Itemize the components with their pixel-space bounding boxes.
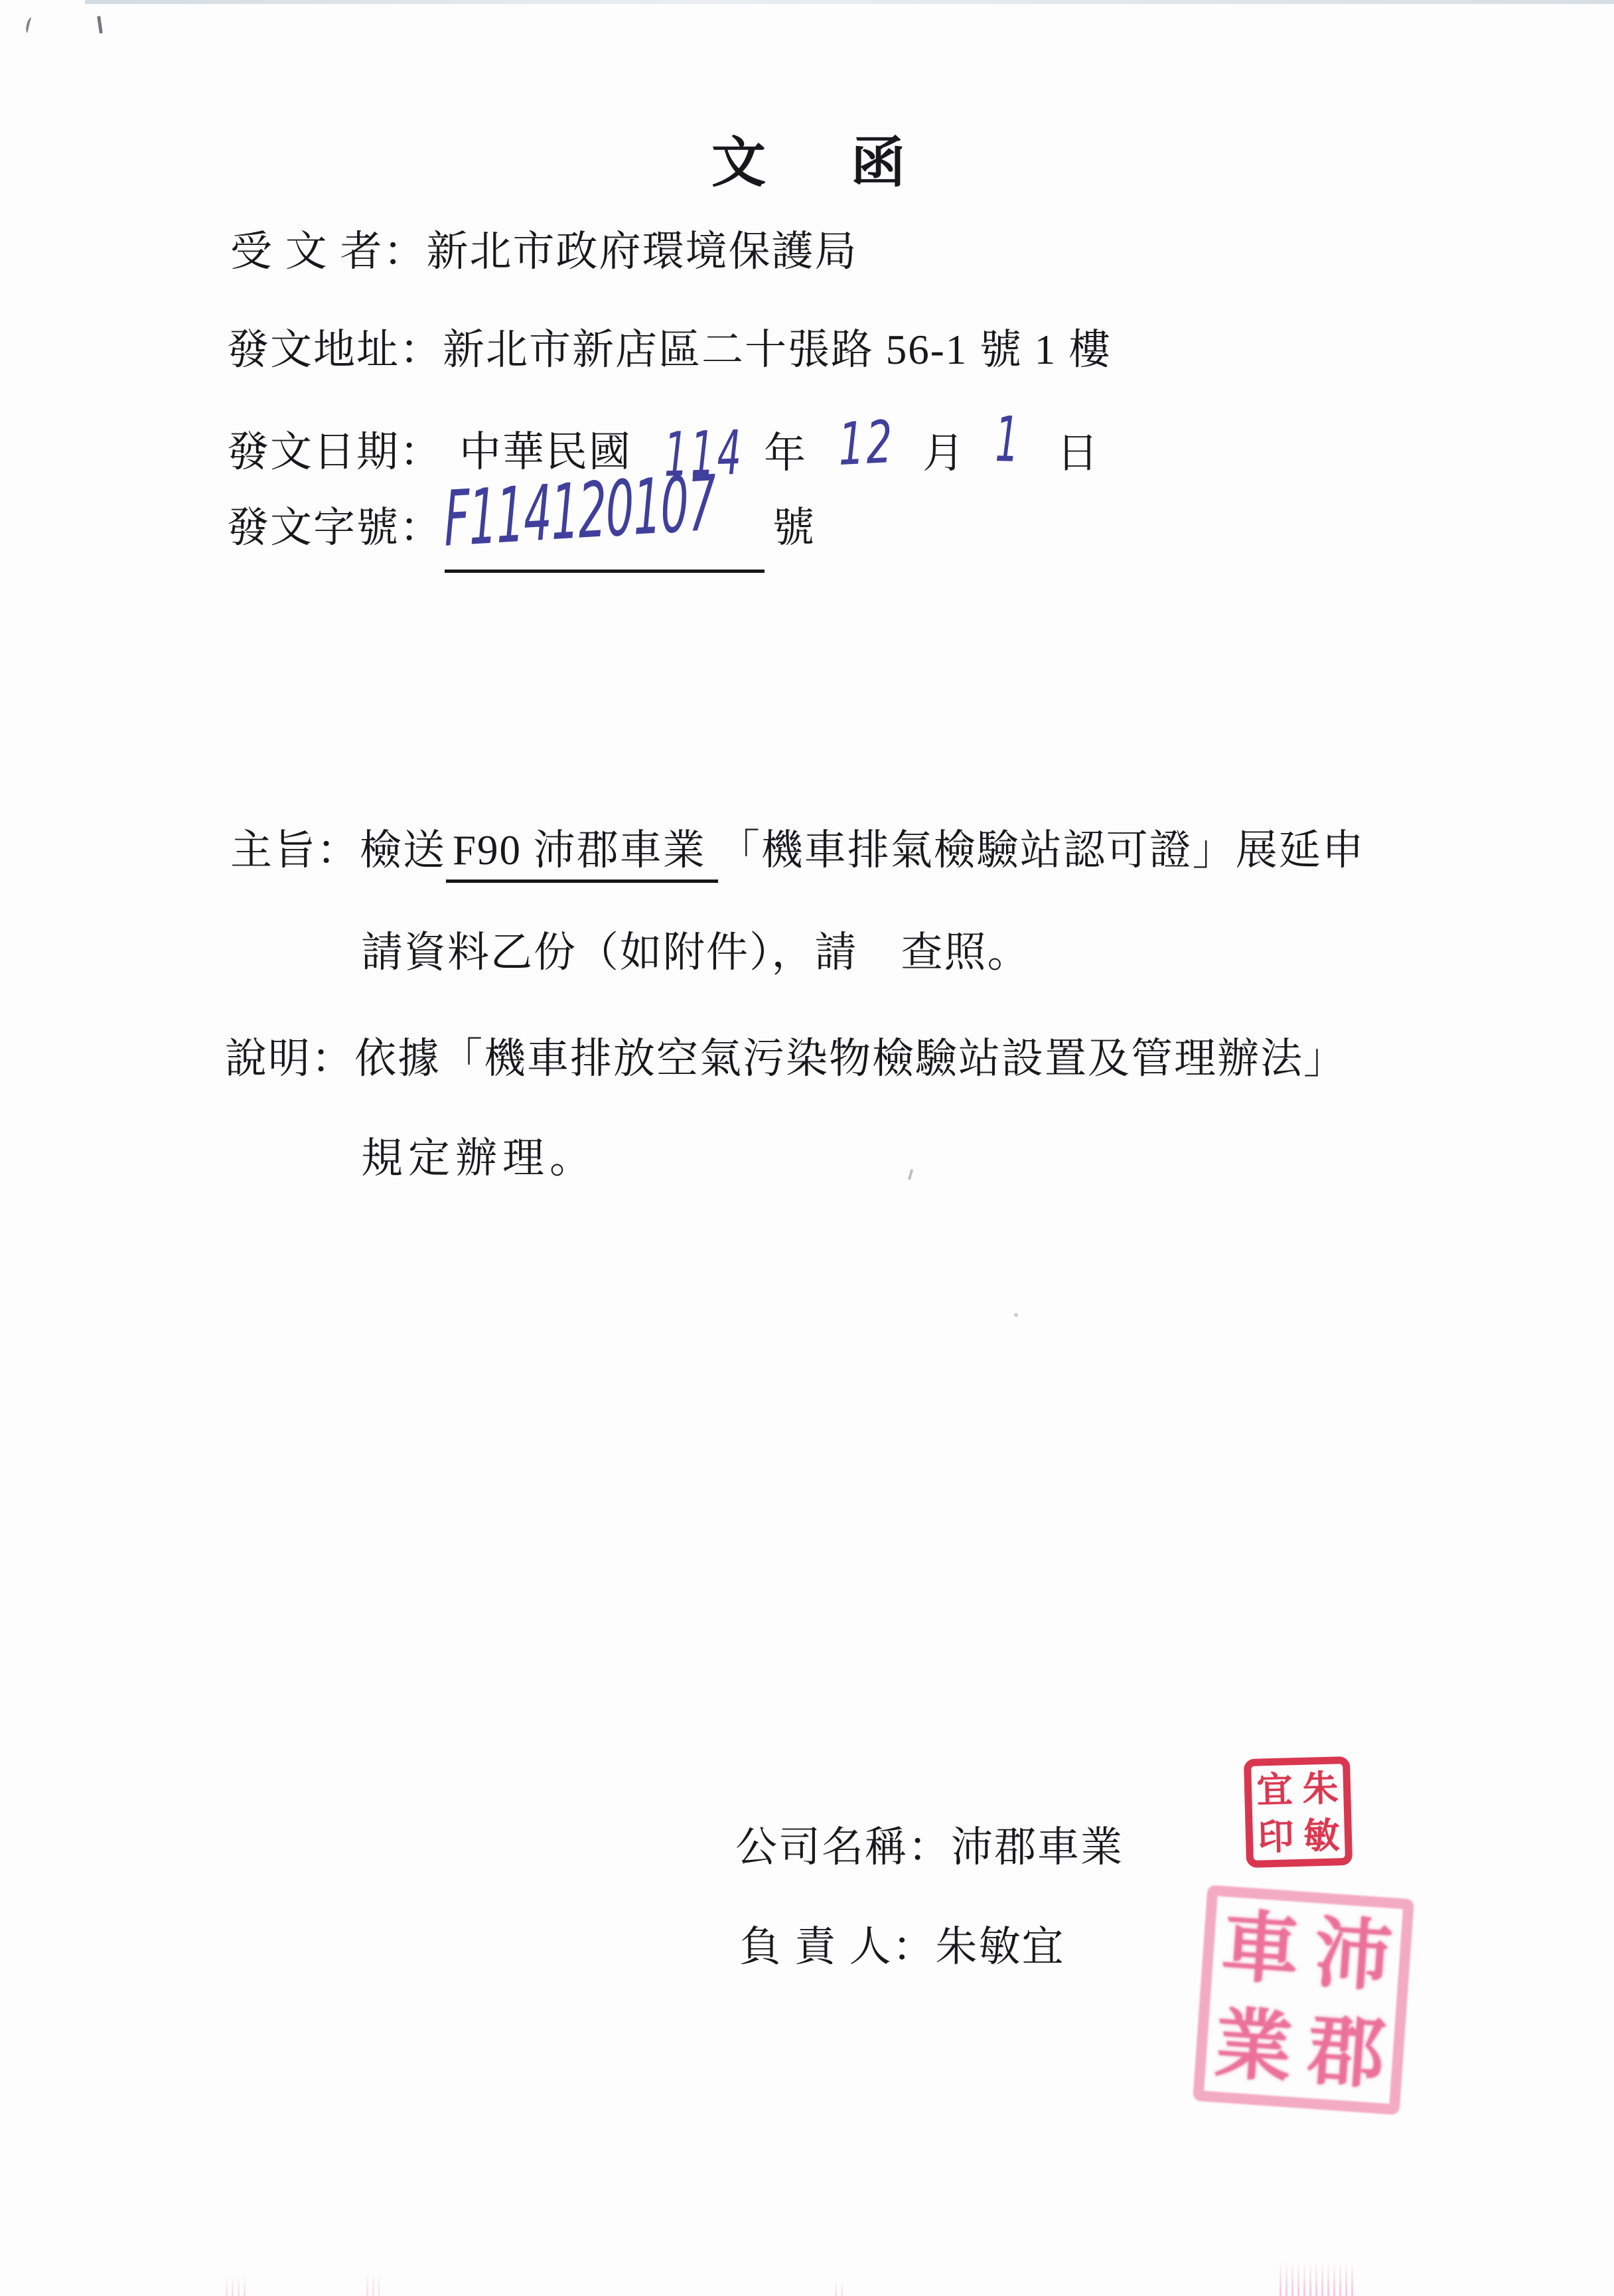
subject-line-2: 請資料乙份（如附件），請 查照。 xyxy=(361,932,1031,974)
description-line-1: 說明：依據「機車排放空氣污染物檢驗站設置及管理辦法」 xyxy=(225,1038,1347,1080)
recipient-label: 受 文 者： xyxy=(230,228,427,275)
subject-station-underlined: F90 沛郡車業 xyxy=(446,830,718,883)
description-text: 依據「機車排放空氣污染物檢驗站設置及管理辦法」 xyxy=(354,1035,1347,1082)
document-title: 文 函 xyxy=(711,136,905,191)
description-line-2: 規定辦理。 xyxy=(361,1138,597,1180)
recipient-line: 受 文 者：新北市政府環境保護局 xyxy=(230,231,858,273)
title-char-han: 函 xyxy=(851,136,905,191)
handwritten-month: 12 xyxy=(838,408,895,479)
seal-char: 車 xyxy=(1219,1907,1301,1989)
owner-value: 朱敏宜 xyxy=(936,1924,1065,1970)
subject-label: 主旨： xyxy=(230,827,360,874)
subject-lead: 檢送 xyxy=(360,827,446,874)
personal-name-seal: 朱 敏 宜 印 xyxy=(1244,1756,1353,1868)
doc-no-blank-line xyxy=(445,570,765,573)
scan-ink-noise xyxy=(835,2279,847,2296)
seal-char: 敏 xyxy=(1303,1817,1340,1853)
scan-speck xyxy=(1014,1313,1018,1317)
scan-ink-noise xyxy=(366,2272,380,2296)
scan-speck xyxy=(908,1169,916,1181)
description-label: 說明： xyxy=(225,1035,354,1082)
doc-no-unit: 號 xyxy=(772,507,816,549)
title-char-wen: 文 xyxy=(711,136,766,191)
date-day-unit: 日 xyxy=(1057,433,1100,475)
scan-edge-artifact-top xyxy=(85,0,1614,4)
company-name-value: 沛郡車業 xyxy=(951,1824,1124,1871)
subject-rest: 「機車排氣檢驗站認可證」展延申 xyxy=(718,827,1365,874)
address-line: 發文地址：新北市新店區二十張路 56-1 號 1 樓 xyxy=(227,329,1112,371)
handwritten-day: 1 xyxy=(995,404,1019,477)
doc-no-label: 發文字號： xyxy=(227,507,443,549)
scanned-letter-page: 文 函 受 文 者：新北市政府環境保護局 發文地址：新北市新店區二十張路 56-… xyxy=(0,0,1614,2296)
company-name-line: 公司名稱：沛郡車業 xyxy=(735,1827,1124,1869)
handwritten-doc-no: F114120107 xyxy=(443,459,716,564)
date-label: 發文日期： xyxy=(227,431,443,473)
scan-ink-noise xyxy=(226,2276,248,2296)
seal-char: 業 xyxy=(1212,2005,1295,2087)
scan-speck xyxy=(25,17,35,33)
seal-char: 印 xyxy=(1258,1818,1294,1855)
seal-char: 宜 xyxy=(1256,1771,1293,1807)
seal-char: 朱 xyxy=(1302,1770,1339,1806)
subject-line-1: 主旨：檢送F90 沛郡車業「機車排氣檢驗站認可證」展延申 xyxy=(230,830,1365,883)
address-label: 發文地址： xyxy=(227,327,443,373)
date-month-unit: 月 xyxy=(922,433,966,475)
owner-line: 負 責 人：朱敏宜 xyxy=(739,1926,1065,1968)
scan-ink-noise xyxy=(1280,2261,1354,2296)
scan-speck xyxy=(97,16,106,34)
address-value: 新北市新店區二十張路 56-1 號 1 樓 xyxy=(443,327,1112,373)
seal-char: 沛 xyxy=(1312,1914,1394,1996)
owner-label: 負 責 人： xyxy=(739,1924,936,1970)
recipient-value: 新北市政府環境保護局 xyxy=(427,228,858,275)
company-name-label: 公司名稱： xyxy=(735,1824,951,1871)
seal-char: 郡 xyxy=(1305,2011,1388,2093)
date-year-unit: 年 xyxy=(764,433,807,475)
company-seal: 沛 郡 車 業 xyxy=(1193,1885,1414,2115)
